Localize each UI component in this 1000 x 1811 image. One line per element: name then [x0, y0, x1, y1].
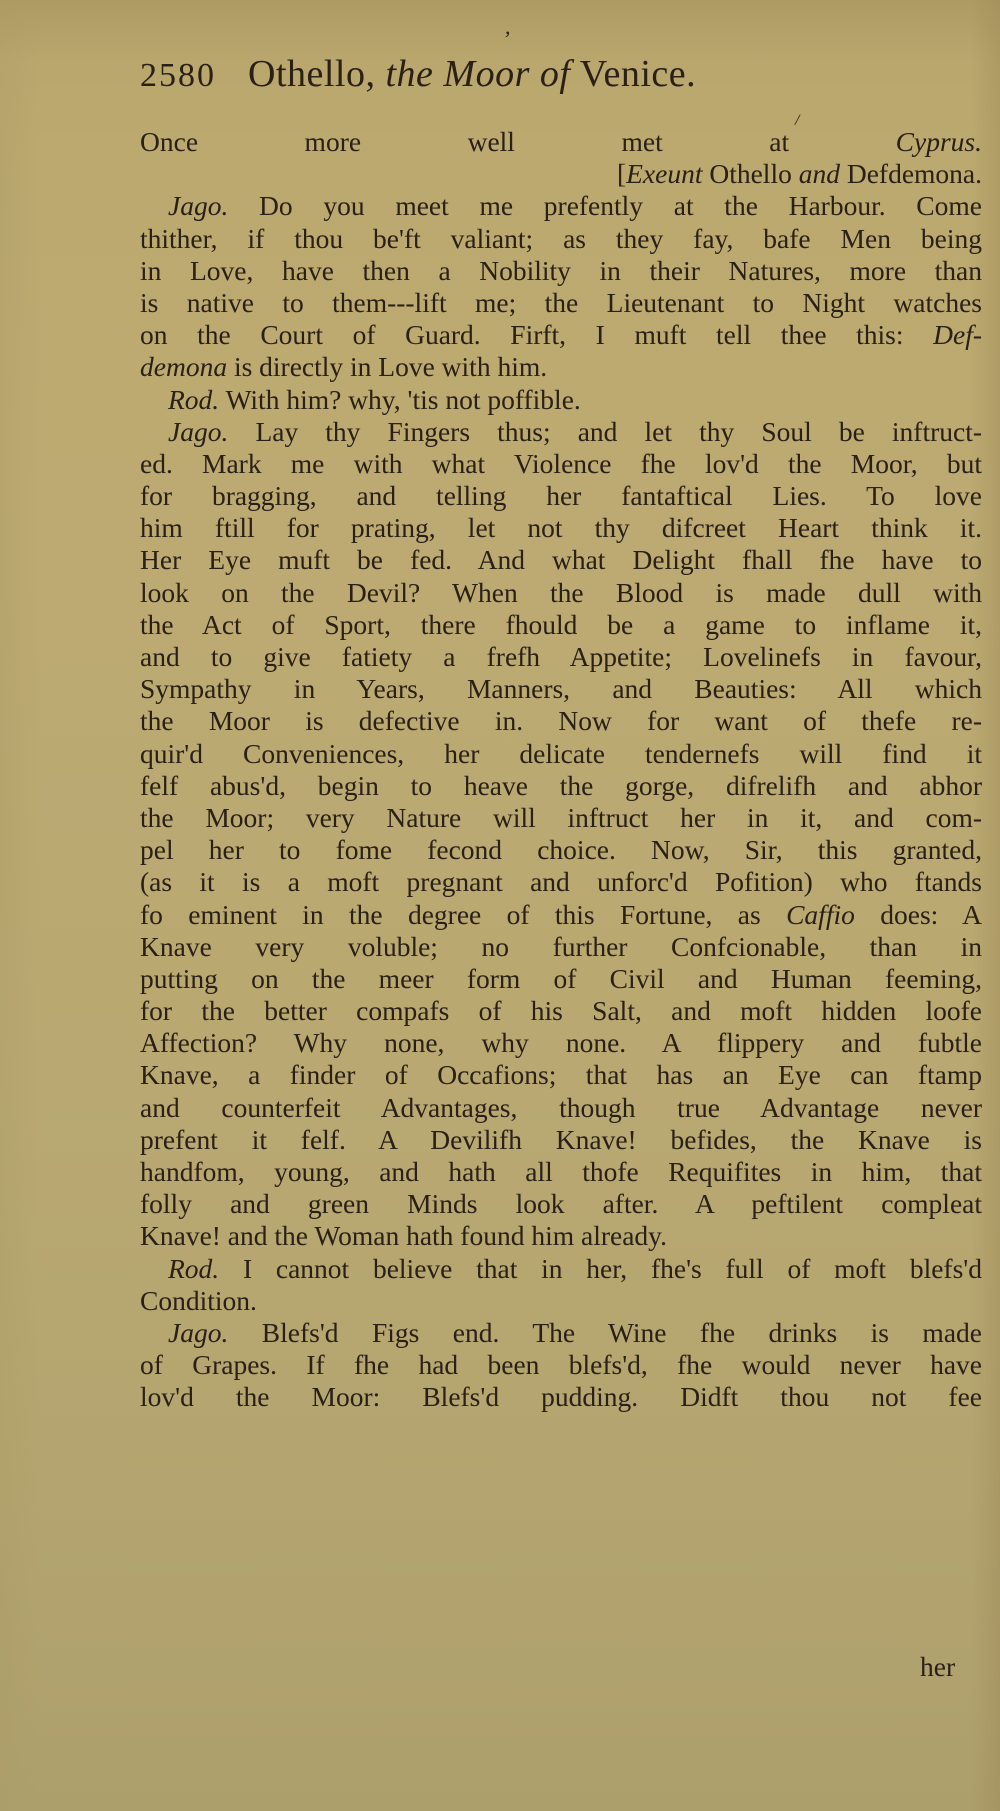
play-text-body: Once more well met at Cyprus.[Exeunt Oth… — [140, 126, 982, 1414]
text-line: Once more well met at Cyprus. — [140, 126, 982, 158]
text-line: (as it is a moft pregnant and unforc'd P… — [140, 866, 982, 898]
roman-text: and to give fatiety a frefh Appetite; Lo… — [140, 641, 982, 672]
roman-text: thither, if thou be'ft valiant; as they … — [140, 223, 982, 254]
roman-text: is directly in Love with him. — [227, 351, 547, 382]
paper-shading-top — [0, 0, 1000, 60]
roman-text: is native to them---lift me; the Lieuten… — [140, 287, 982, 318]
italic-text: Caffio — [786, 899, 855, 930]
text-line: ed. Mark me with what Violence fhe lov'd… — [140, 448, 982, 480]
roman-text: the Act of Sport, there fhould be a game… — [140, 609, 982, 640]
text-line: Sympathy in Years, Manners, and Beauties… — [140, 673, 982, 705]
roman-text: Affection? Why none, why none. A flipper… — [140, 1027, 982, 1058]
text-line: and counterfeit Advantages, though true … — [140, 1092, 982, 1124]
text-line: Jago. Blefs'd Figs end. The Wine fhe dri… — [140, 1317, 982, 1349]
text-line: [Exeunt Othello and Defdemona. — [140, 158, 982, 190]
roman-text: Her Eye muft be fed. And what Delight fh… — [140, 544, 982, 575]
roman-text: pel her to fome fecond choice. Now, Sir,… — [140, 834, 982, 865]
text-line: pel her to fome fecond choice. Now, Sir,… — [140, 834, 982, 866]
roman-text: of Grapes. If fhe had been blefs'd, fhe … — [140, 1349, 982, 1380]
text-line: demona is directly in Love with him. — [140, 351, 982, 383]
italic-text: Exeunt — [626, 158, 702, 189]
page-number: 2580 — [140, 57, 216, 94]
roman-text: in Love, have then a Nobility in their N… — [140, 255, 982, 286]
text-line: Condition. — [140, 1285, 982, 1317]
roman-text: lov'd the Moor: Blefs'd pudding. Didft t… — [140, 1381, 982, 1412]
italic-text: demona — [140, 351, 227, 382]
catchword: her — [920, 1651, 955, 1683]
text-line: quir'd Conveniences, her delicate tender… — [140, 738, 982, 770]
text-line: handfom, young, and hath all thofe Requi… — [140, 1156, 982, 1188]
roman-text: for the better compafs of his Salt, and … — [140, 995, 982, 1026]
roman-text: Othello — [702, 158, 798, 189]
text-line: fo eminent in the degree of this Fortune… — [140, 899, 982, 931]
text-line: the Moor; very Nature will inftruct her … — [140, 802, 982, 834]
roman-text: Blefs'd Figs end. The Wine fhe drinks is… — [228, 1317, 982, 1348]
text-line: the Act of Sport, there fhould be a game… — [140, 609, 982, 641]
text-line: and to give fatiety a frefh Appetite; Lo… — [140, 641, 982, 673]
text-line: him ftill for prating, let not thy difcr… — [140, 512, 982, 544]
roman-text: I cannot believe that in her, fhe's full… — [219, 1253, 982, 1284]
roman-text: him ftill for prating, let not thy difcr… — [140, 512, 982, 543]
roman-text: prefent it felf. A Devilifh Knave! befid… — [140, 1124, 982, 1155]
text-line: felf abus'd, begin to heave the gorge, d… — [140, 770, 982, 802]
italic-text: Jago. — [168, 416, 228, 447]
text-line: prefent it felf. A Devilifh Knave! befid… — [140, 1124, 982, 1156]
italic-text: Jago. — [168, 190, 228, 221]
roman-text: Once more well met at — [140, 126, 896, 157]
roman-text: With him? why, 'tis not poffible. — [219, 384, 581, 415]
text-line: Knave very voluble; no further Confciona… — [140, 931, 982, 963]
roman-text: ed. Mark me with what Violence fhe lov'd… — [140, 448, 982, 479]
text-line: is native to them---lift me; the Lieuten… — [140, 287, 982, 319]
roman-text: Knave, a finder of Occafions; that has a… — [140, 1059, 982, 1090]
text-line: Knave, a finder of Occafions; that has a… — [140, 1059, 982, 1091]
text-line: Knave! and the Woman hath found him alre… — [140, 1220, 982, 1252]
text-line: for bragging, and telling her fantaftica… — [140, 480, 982, 512]
roman-text: for bragging, and telling her fantaftica… — [140, 480, 982, 511]
text-line: Her Eye muft be fed. And what Delight fh… — [140, 544, 982, 576]
italic-text: Cyprus. — [896, 126, 982, 157]
text-line: Jago. Do you meet me prefently at the Ha… — [140, 190, 982, 222]
roman-text: and counterfeit Advantages, though true … — [140, 1092, 982, 1123]
roman-text: on the Court of Guard. Firft, I muft tel… — [140, 319, 933, 350]
text-line: look on the Devil? When the Blood is mad… — [140, 577, 982, 609]
paper-shading-left — [0, 0, 40, 1811]
roman-text: putting on the meer form of Civil and Hu… — [140, 963, 982, 994]
roman-text: does: A — [855, 899, 982, 930]
text-line: for the better compafs of his Salt, and … — [140, 995, 982, 1027]
text-line: in Love, have then a Nobility in their N… — [140, 255, 982, 287]
roman-text: Condition. — [140, 1285, 257, 1316]
text-line: on the Court of Guard. Firft, I muft tel… — [140, 319, 982, 351]
text-line: Rod. With him? why, 'tis not poffible. — [140, 384, 982, 416]
roman-text: Knave! and the Woman hath found him alre… — [140, 1220, 667, 1251]
roman-text: Defdemona. — [840, 158, 982, 189]
text-line: Affection? Why none, why none. A flipper… — [140, 1027, 982, 1059]
roman-text: Knave very voluble; no further Confciona… — [140, 931, 982, 962]
running-head: 2580 Othello, the Moor of Venice. — [140, 52, 980, 96]
text-line: Jago. Lay thy Fingers thus; and let thy … — [140, 416, 982, 448]
italic-text: Def- — [933, 319, 982, 350]
italic-text: Rod. — [168, 1253, 219, 1284]
text-line: Rod. I cannot believe that in her, fhe's… — [140, 1253, 982, 1285]
roman-text: handfom, young, and hath all thofe Requi… — [140, 1156, 982, 1187]
text-line: lov'd the Moor: Blefs'd pudding. Didft t… — [140, 1381, 982, 1413]
roman-text: the Moor is defective in. Now for want o… — [140, 705, 982, 736]
roman-text: the Moor; very Nature will inftruct her … — [140, 802, 982, 833]
ink-speck: , — [505, 14, 511, 40]
roman-text: quir'd Conveniences, her delicate tender… — [140, 738, 982, 769]
roman-text: look on the Devil? When the Blood is mad… — [140, 577, 982, 608]
title-part-1: Othello, — [248, 53, 375, 95]
roman-text: Lay thy Fingers thus; and let thy Soul b… — [228, 416, 982, 447]
title-italic: the Moor of — [385, 53, 570, 95]
text-line: the Moor is defective in. Now for want o… — [140, 705, 982, 737]
italic-text: Jago. — [168, 1317, 228, 1348]
text-line: of Grapes. If fhe had been blefs'd, fhe … — [140, 1349, 982, 1381]
text-line: folly and green Minds look after. A peft… — [140, 1188, 982, 1220]
roman-text: fo eminent in the degree of this Fortune… — [140, 899, 786, 930]
text-line: thither, if thou be'ft valiant; as they … — [140, 223, 982, 255]
roman-text: felf abus'd, begin to heave the gorge, d… — [140, 770, 982, 801]
roman-text: Do you meet me prefently at the Harbour.… — [228, 190, 982, 221]
text-line: putting on the meer form of Civil and Hu… — [140, 963, 982, 995]
roman-text: folly and green Minds look after. A peft… — [140, 1188, 982, 1219]
roman-text: [ — [617, 158, 626, 189]
italic-text: and — [799, 158, 840, 189]
italic-text: Rod. — [168, 384, 219, 415]
title-part-2: Venice. — [580, 53, 696, 95]
roman-text: (as it is a moft pregnant and unforc'd P… — [140, 866, 982, 897]
roman-text: Sympathy in Years, Manners, and Beauties… — [140, 673, 982, 704]
